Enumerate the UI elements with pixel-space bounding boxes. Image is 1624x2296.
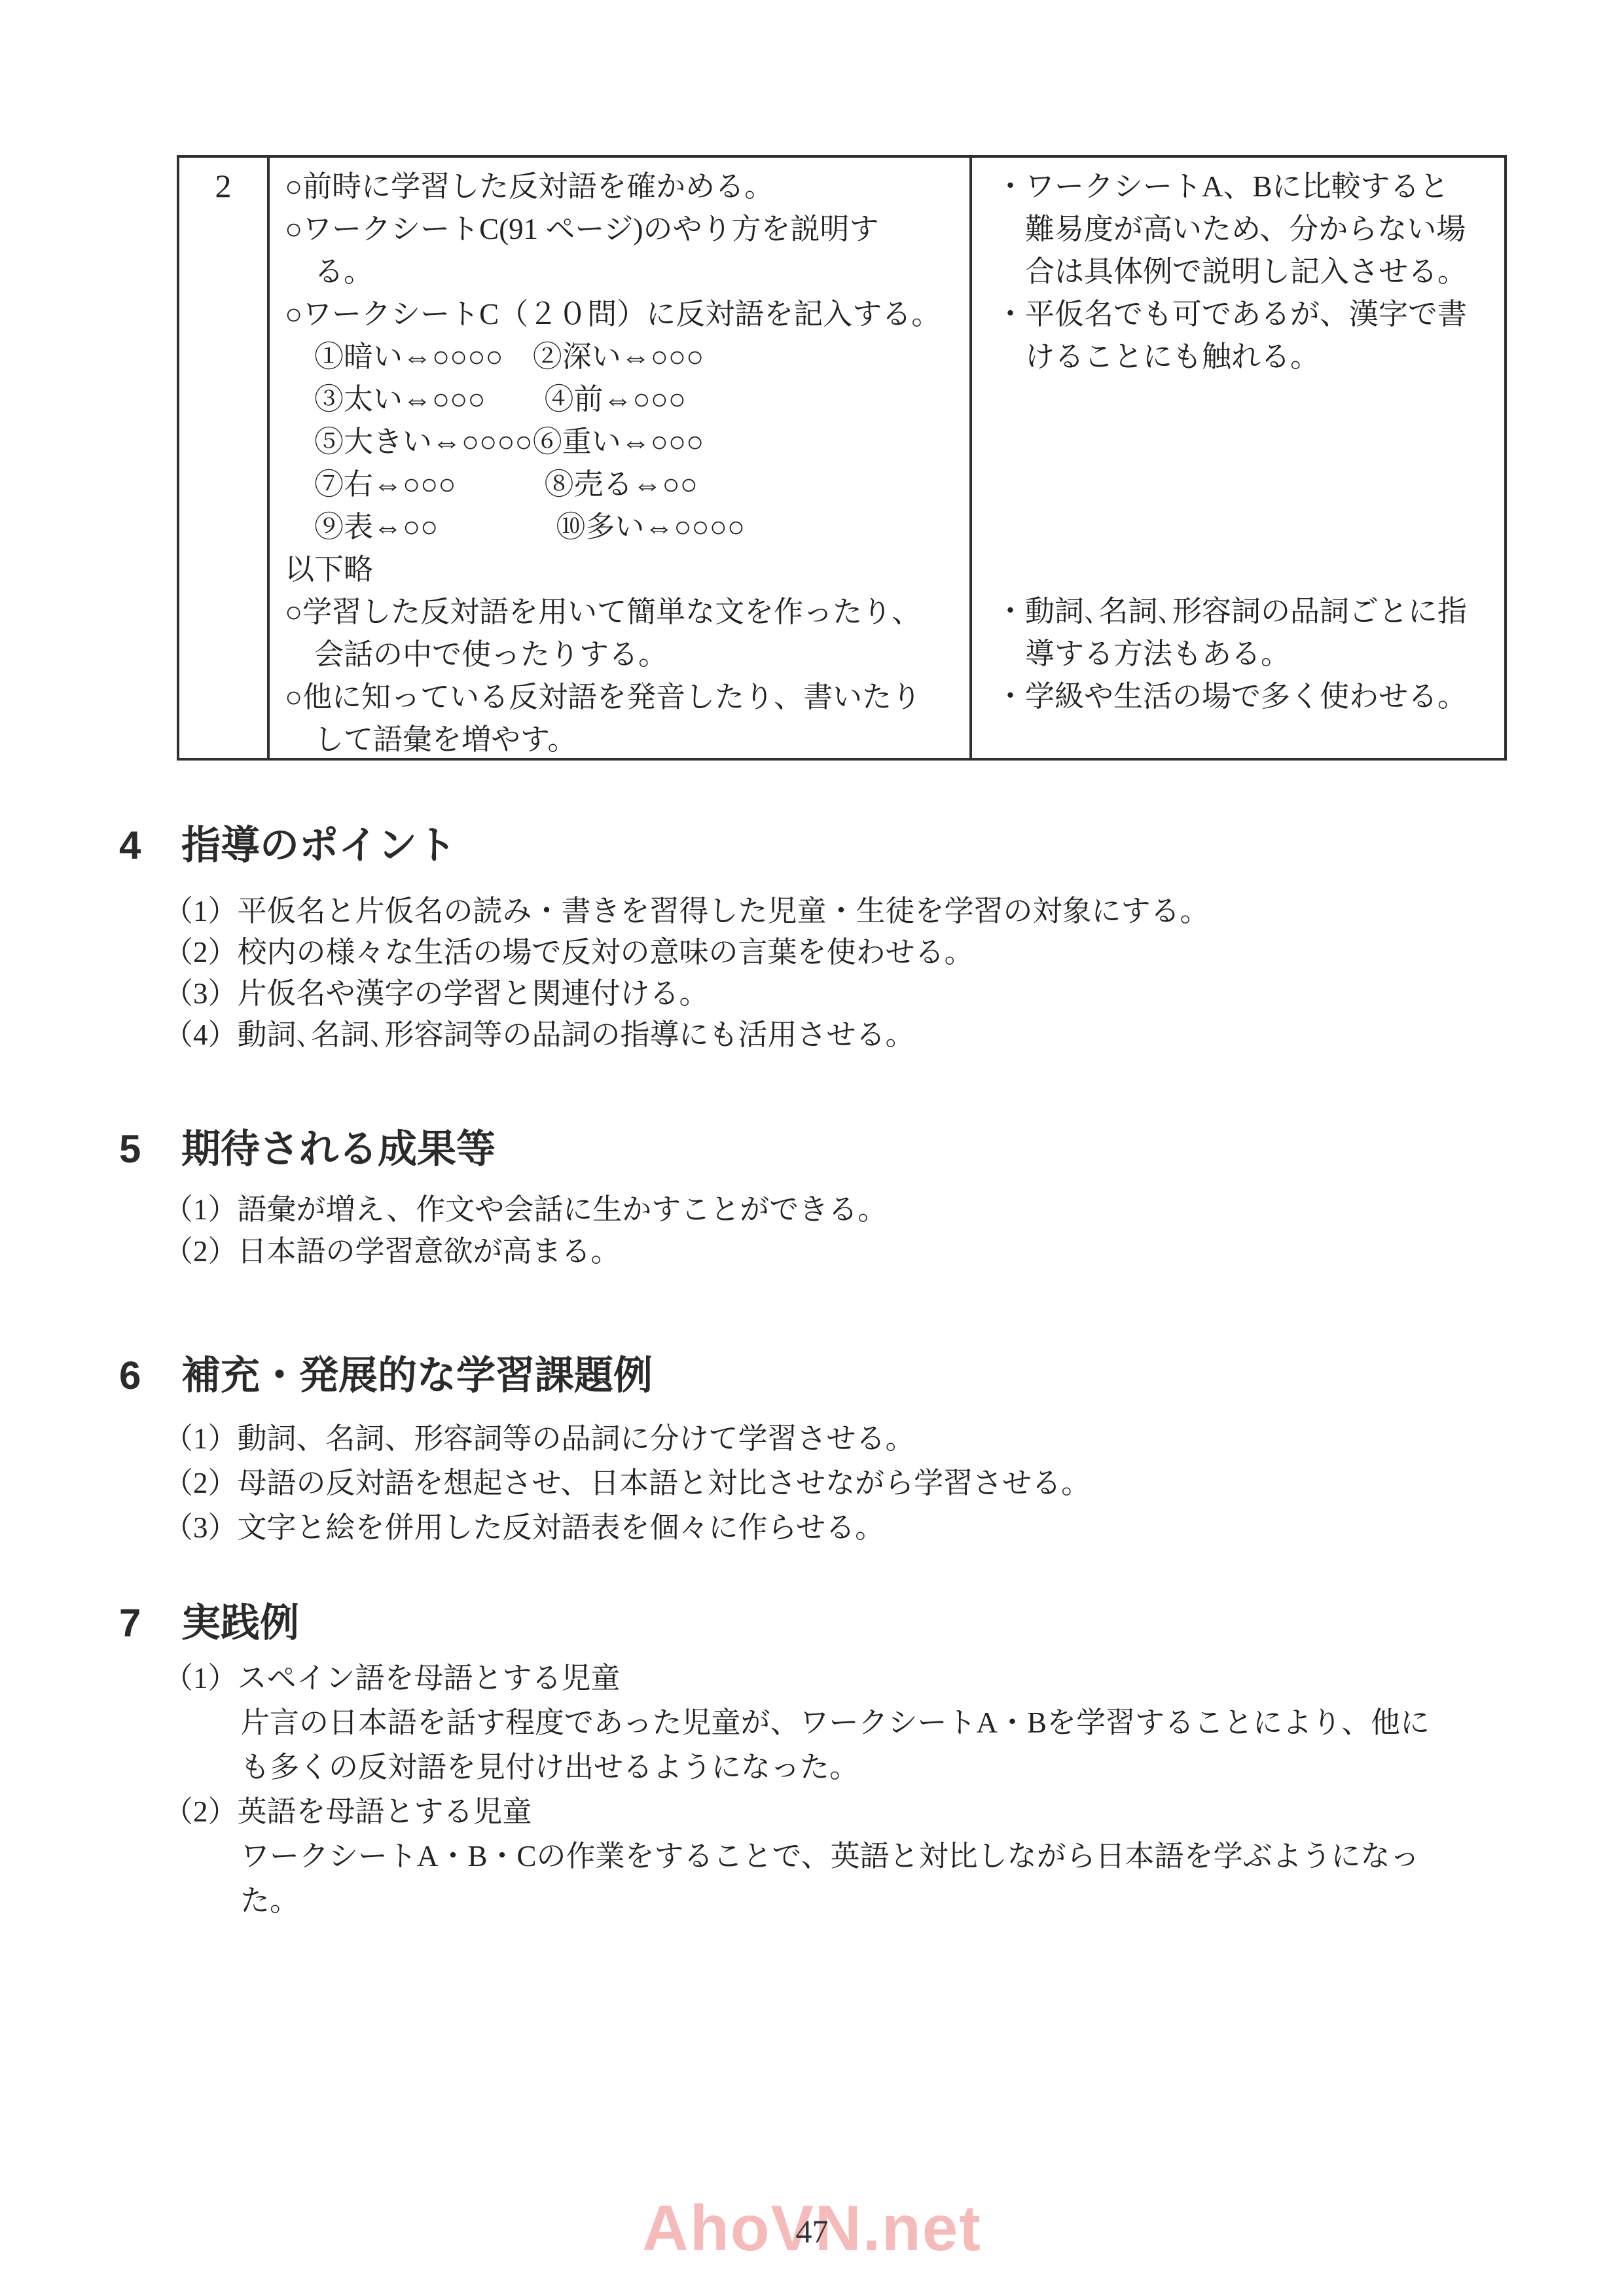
table-cell-notes: ・ワークシートA、Bに比較すると 難易度が高いため、分からない場 合は具体例で説… bbox=[972, 158, 1504, 758]
list-item: （3）文字と絵を併用した反対語表を個々に作らせる。 bbox=[164, 1505, 1559, 1550]
table-cell-period: 2 bbox=[179, 158, 270, 758]
list-item: （3）片仮名や漢字の学習と関連付ける。 bbox=[164, 973, 1559, 1014]
note-line: 導する方法もある。 bbox=[996, 633, 1499, 675]
section-heading: 5 期待される成果等 bbox=[119, 1127, 1559, 1172]
activity-line: る。 bbox=[285, 251, 964, 293]
list-item: （2）英語を母語とする児童 bbox=[164, 1789, 1559, 1834]
activity-line: ⑨表⇔○○ ⑩多い⇔○○○○ bbox=[285, 506, 964, 548]
list-item: た。 bbox=[164, 1878, 1559, 1923]
section-title: 補充・発展的な学習課題例 bbox=[181, 1354, 653, 1398]
section-guidance-points: 4 指導のポイント （1）平仮名と片仮名の読み・書きを習得した児童・生徒を学習の… bbox=[119, 823, 1559, 1056]
lesson-plan-table: 2 ○前時に学習した反対語を確かめる。○ワークシートC(91 ページ)のやり方を… bbox=[177, 155, 1507, 761]
list-item: （2）校内の様々な生活の場で反対の意味の言葉を使わせる。 bbox=[164, 932, 1559, 973]
note-line: ・ワークシートA、Bに比較すると bbox=[996, 166, 1499, 208]
list-item: （1）平仮名と片仮名の読み・書きを習得した児童・生徒を学習の対象にする。 bbox=[164, 891, 1559, 932]
section-item-list: （1）語彙が増え、作文や会話に生かすことができる。（2）日本語の学習意欲が高まる… bbox=[164, 1189, 1559, 1272]
activity-line: ①暗い⇔○○○○ ②深い⇔○○○ bbox=[285, 336, 964, 378]
section-supplementary-tasks: 6 補充・発展的な学習課題例 （1）動詞、名詞、形容詞等の品詞に分けて学習させる… bbox=[119, 1354, 1559, 1550]
period-number: 2 bbox=[215, 168, 232, 204]
activity-line: ⑦右⇔○○○ ⑧売る⇔○○ bbox=[285, 463, 964, 506]
activity-line: ○前時に学習した反対語を確かめる。 bbox=[285, 166, 964, 208]
section-title: 実践例 bbox=[181, 1601, 299, 1645]
section-item-list: （1）動詞、名詞、形容詞等の品詞に分けて学習させる。（2）母語の反対語を想起させ… bbox=[164, 1416, 1559, 1550]
section-heading: 4 指導のポイント bbox=[119, 823, 1559, 868]
section-item-list: （1）平仮名と片仮名の読み・書きを習得した児童・生徒を学習の対象にする。（2）校… bbox=[164, 891, 1559, 1056]
list-item: （1）動詞、名詞、形容詞等の品詞に分けて学習させる。 bbox=[164, 1416, 1559, 1461]
list-item: （2）日本語の学習意欲が高まる。 bbox=[164, 1230, 1559, 1272]
section-number: 7 bbox=[119, 1601, 181, 1645]
activity-line: ⑤大きい⇔○○○○⑥重い⇔○○○ bbox=[285, 421, 964, 463]
section-number: 4 bbox=[119, 823, 181, 868]
note-line: 難易度が高いため、分からない場 bbox=[996, 208, 1499, 251]
page-number: 47 bbox=[0, 2212, 1624, 2250]
activity-line: 以下略 bbox=[285, 548, 964, 591]
list-item: （1）語彙が増え、作文や会話に生かすことができる。 bbox=[164, 1189, 1559, 1230]
list-item: （1）スペイン語を母語とする児童 bbox=[164, 1656, 1559, 1700]
section-item-list: （1）スペイン語を母語とする児童片言の日本語を話す程度であった児童が、ワークシー… bbox=[164, 1656, 1559, 1923]
note-spacer bbox=[996, 378, 1499, 590]
section-expected-outcomes: 5 期待される成果等 （1）語彙が増え、作文や会話に生かすことができる。（2）日… bbox=[119, 1127, 1559, 1272]
activity-line: 会話の中で使ったりする。 bbox=[285, 634, 964, 676]
note-line: 合は具体例で説明し記入させる。 bbox=[996, 251, 1499, 293]
section-heading: 7 実践例 bbox=[119, 1601, 1559, 1645]
note-line: けることにも触れる。 bbox=[996, 336, 1499, 378]
section-title: 指導のポイント bbox=[181, 823, 456, 868]
list-item: ワークシートA・B・Cの作業をすることで、英語と対比しながら日本語を学ぶようにな… bbox=[164, 1834, 1559, 1878]
section-number: 6 bbox=[119, 1354, 181, 1398]
table-cell-activities: ○前時に学習した反対語を確かめる。○ワークシートC(91 ページ)のやり方を説明… bbox=[270, 158, 972, 758]
note-line: ・学級や生活の場で多く使わせる。 bbox=[996, 675, 1499, 718]
note-line: ・平仮名でも可であるが、漢字で書 bbox=[996, 293, 1499, 336]
list-item: （4）動詞､名詞､形容詞等の品詞の指導にも活用させる。 bbox=[164, 1014, 1559, 1056]
list-item: 片言の日本語を話す程度であった児童が、ワークシートA・Bを学習することにより、他… bbox=[164, 1700, 1559, 1745]
section-heading: 6 補充・発展的な学習課題例 bbox=[119, 1354, 1559, 1398]
activity-line: ○他に知っている反対語を発音したり、書いたり bbox=[285, 676, 964, 719]
activity-line: ③太い⇔○○○ ④前⇔○○○ bbox=[285, 378, 964, 421]
section-title: 期待される成果等 bbox=[181, 1127, 496, 1172]
section-practice-examples: 7 実践例 （1）スペイン語を母語とする児童片言の日本語を話す程度であった児童が… bbox=[119, 1601, 1559, 1923]
activity-line: ○学習した反対語を用いて簡単な文を作ったり、 bbox=[285, 591, 964, 634]
activity-line: ○ワークシートC(91 ページ)のやり方を説明す bbox=[285, 208, 964, 251]
section-number: 5 bbox=[119, 1127, 181, 1172]
list-item: （2）母語の反対語を想起させ、日本語と対比させながら学習させる。 bbox=[164, 1461, 1559, 1505]
document-page: 2 ○前時に学習した反対語を確かめる。○ワークシートC(91 ページ)のやり方を… bbox=[0, 0, 1624, 2296]
list-item: も多くの反対語を見付け出せるようになった。 bbox=[164, 1745, 1559, 1789]
activity-line: して語彙を増やす。 bbox=[285, 719, 964, 761]
note-line: ・動詞､名詞､形容詞の品詞ごとに指 bbox=[996, 590, 1499, 633]
activity-line: ○ワークシートC（２０問）に反対語を記入する。 bbox=[285, 293, 964, 336]
